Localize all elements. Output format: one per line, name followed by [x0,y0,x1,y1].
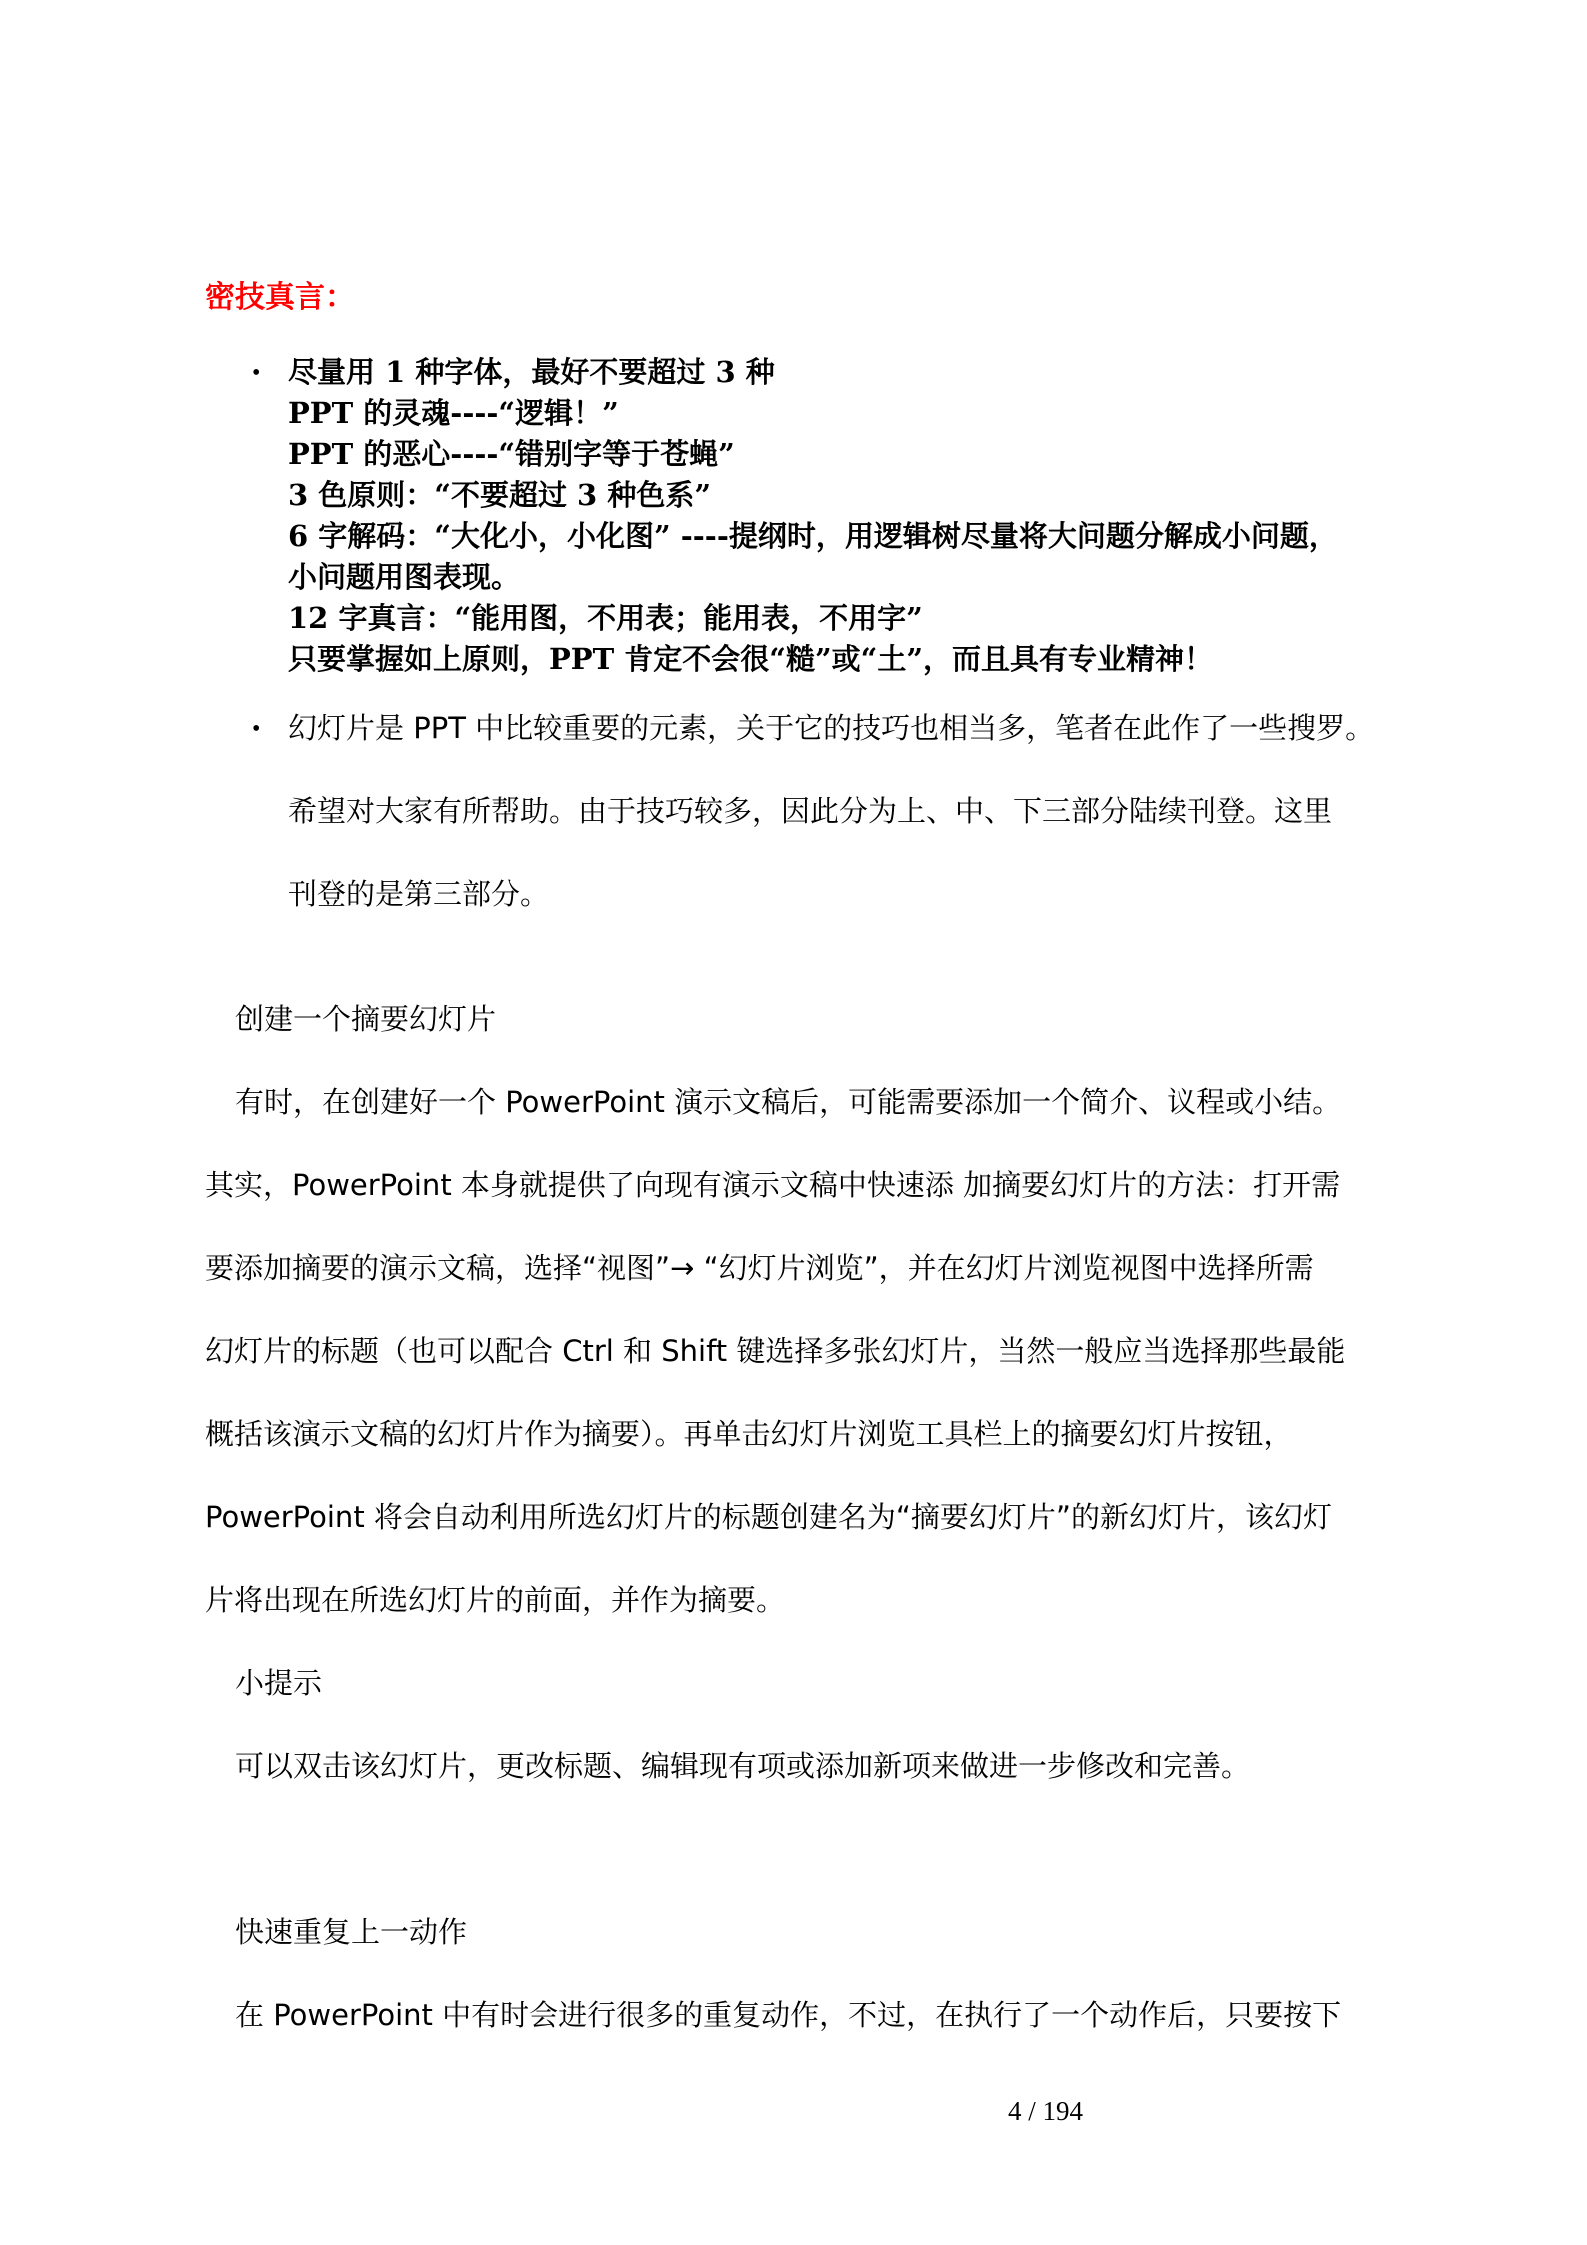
paragraph-line: 幻灯片的标题（也可以配合 Ctrl 和 Shift 键选择多张幻灯片，当然一般应… [205,1335,1345,1368]
bullet-line: 尽量用 1 种字体，最好不要超过 3 种 [288,356,775,389]
section-heading-summary: 创建一个摘要幻灯片 [235,1003,496,1036]
paragraph-line: 可以双击该幻灯片，更改标题、编辑现有项或添加新项来做进一步修改和完善。 [235,1750,1250,1783]
paragraph-line: PowerPoint 将会自动利用所选幻灯片的标题创建名为“摘要幻灯片”的新幻灯… [205,1501,1332,1534]
page-number: 4 / 194 [1008,2096,1083,2127]
bullet-line: 只要掌握如上原则，PPT 肯定不会很“糙”或“土”，而且具有专业精神！ [288,643,1213,676]
bullet-line: PPT 的恶心----“错别字等于苍蝇” [288,438,735,471]
paragraph-line: 在 PowerPoint 中有时会进行很多的重复动作，不过，在执行了一个动作后，… [235,1999,1341,2032]
paragraph-line: 片将出现在所选幻灯片的前面，并作为摘要。 [205,1584,785,1617]
document-title-red: 密技真言： [205,281,355,316]
bullet-line: 幻灯片是 PPT 中比较重要的元素，关于它的技巧也相当多，笔者在此作了一些搜罗。 [288,712,1374,745]
bullet-line: 刊登的是第三部分。 [288,878,549,911]
bullet-line: 希望对大家有所帮助。由于技巧较多，因此分为上、中、下三部分陆续刊登。这里 [288,795,1332,828]
bullet-marker: • [252,358,260,389]
paragraph-line: 概括该演示文稿的幻灯片作为摘要）。再单击幻灯片浏览工具栏上的摘要幻灯片按钮， [205,1418,1293,1451]
document-page: 密技真言： • 尽量用 1 种字体，最好不要超过 3 种 PPT 的灵魂----… [0,0,1587,2245]
bullet-line: 小问题用图表现。 [288,561,520,594]
paragraph-line: 其实，PowerPoint 本身就提供了向现有演示文稿中快速添 加摘要幻灯片的方… [205,1169,1340,1202]
paragraph-line: 要添加摘要的演示文稿，选择“视图”→ “幻灯片浏览”，并在幻灯片浏览视图中选择所… [205,1252,1314,1285]
bullet-line: PPT 的灵魂----“逻辑！” [288,397,619,430]
bullet-line: 3 色原则：“不要超过 3 种色系” [288,479,711,512]
bullet-line: 12 字真言：“能用图，不用表；能用表，不用字” [288,602,923,635]
section-heading-repeat-action: 快速重复上一动作 [235,1916,467,1949]
bullet-marker: • [252,714,260,745]
section-heading-tip: 小提示 [235,1667,322,1700]
paragraph-line: 有时，在创建好一个 PowerPoint 演示文稿后，可能需要添加一个简介、议程… [235,1086,1341,1119]
bullet-line: 6 字解码：“大化小，小化图” ----提纲时，用逻辑树尽量将大问题分解成小问题… [288,520,1338,553]
